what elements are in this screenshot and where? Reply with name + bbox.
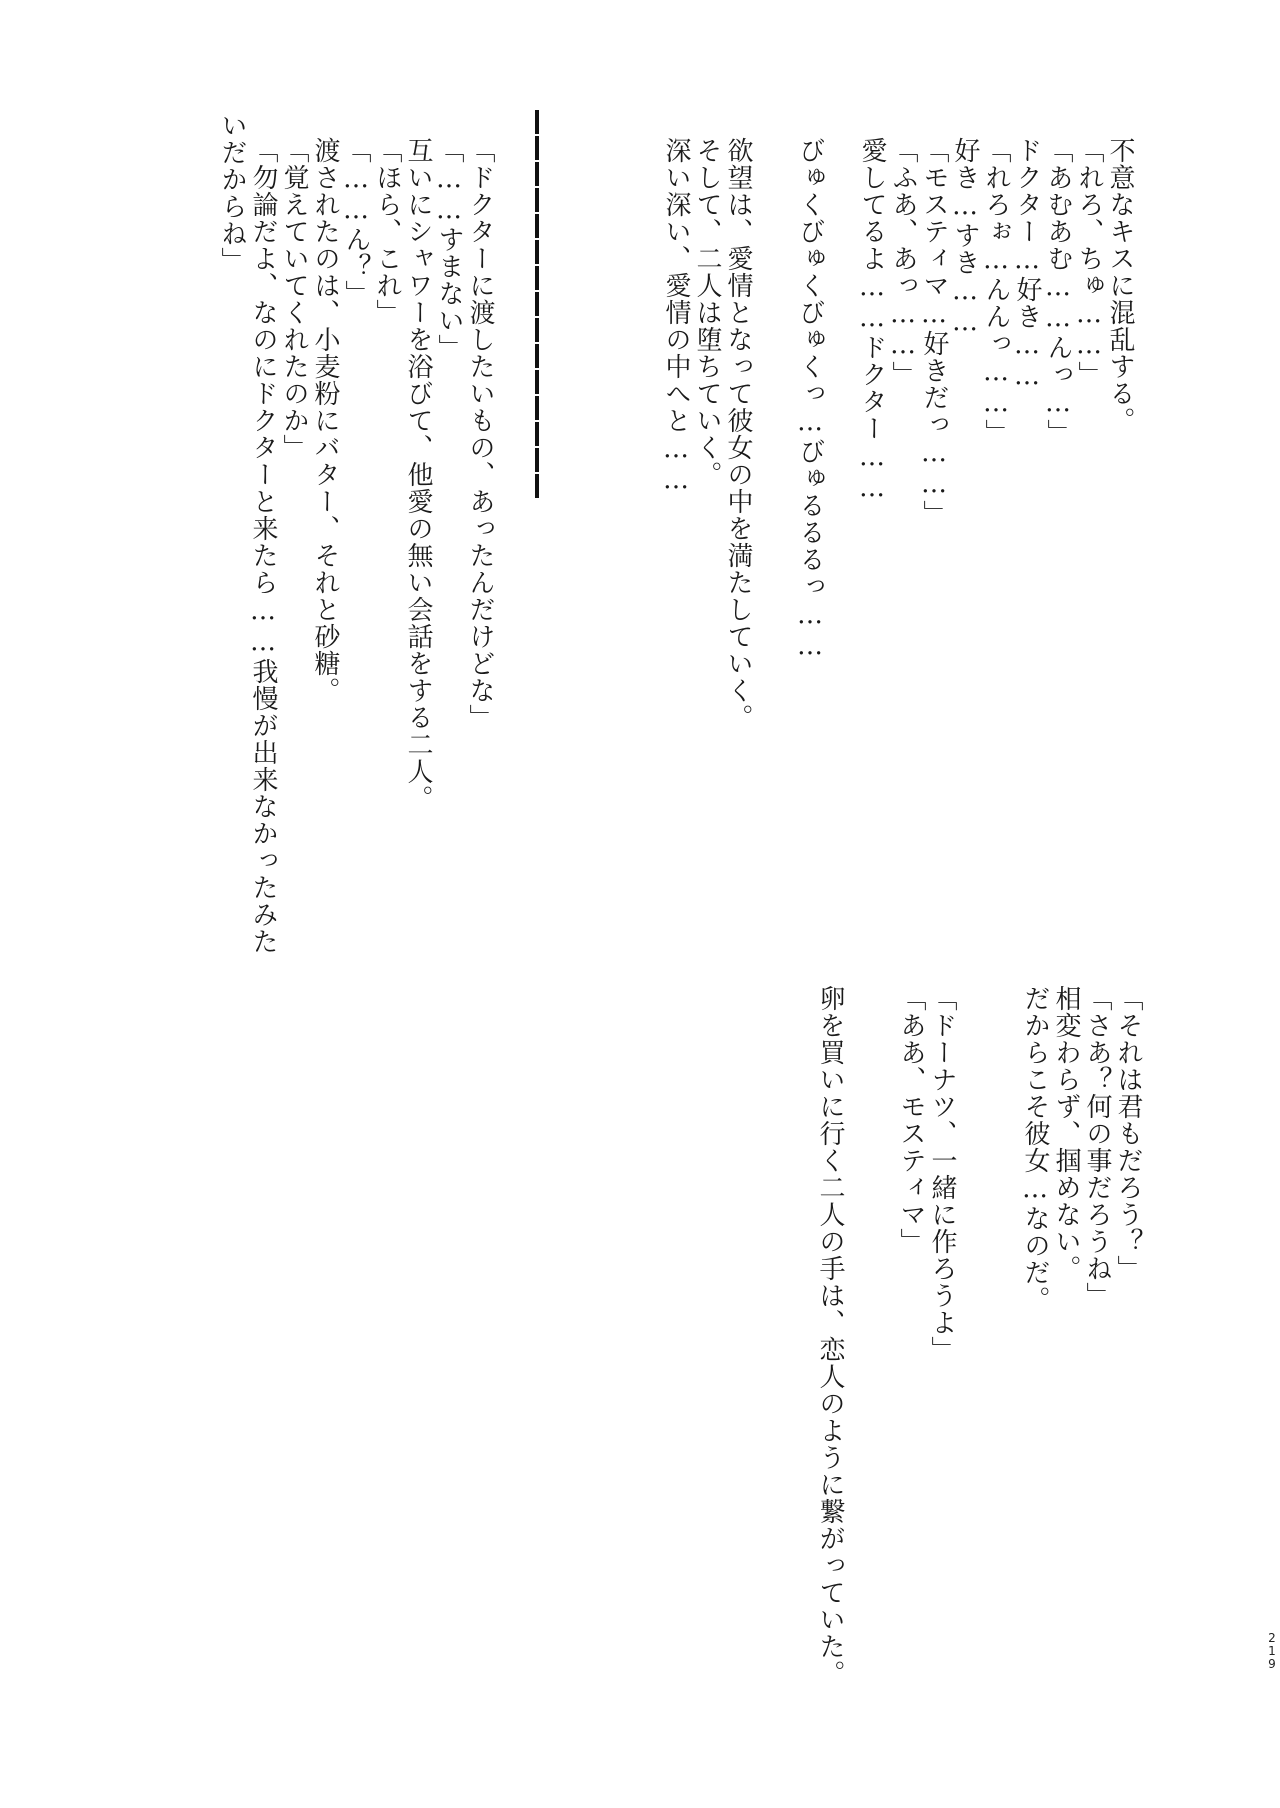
dialogue-line: 「……すまない」 xyxy=(433,137,464,361)
dialogue-line: 「……ん？」 xyxy=(340,137,371,307)
page-number: 219 xyxy=(1265,1632,1279,1671)
dialogue-line: 「さあ？何の事だろうね」 xyxy=(1081,985,1112,1309)
text-line: 愛してるよ……ドクター…… xyxy=(856,137,887,504)
text-line: 深い深い、愛情の中へと…… xyxy=(660,137,691,496)
text-line: びゅくびゅくびゅくっ…びゅるるるっ…… xyxy=(794,137,825,662)
dialogue-line: いだからね」 xyxy=(216,112,247,274)
text-line: ドクター…好き…… xyxy=(1011,137,1042,392)
dialogue-line: 「それは君もだろう？」 xyxy=(1112,985,1143,1282)
dialogue-line: 「ああ、モスティマ」 xyxy=(895,985,926,1255)
text-line: 不意なキスに混乱する。 xyxy=(1104,137,1135,434)
text-line: 卵を買いに行く二人の手は、恋人のように繋がっていた。 xyxy=(814,985,845,1687)
text-line: そして、二人は堕ちていく。 xyxy=(691,137,722,488)
dialogue-line: 「ふあ、あっ……」 xyxy=(887,137,918,388)
text-line: 相変わらず、掴めない。 xyxy=(1050,985,1081,1282)
dialogue-line: 「覚えていてくれたのか」 xyxy=(278,137,309,461)
dialogue-line: 「れろぉ…んんっ……」 xyxy=(980,137,1011,446)
dialogue-line: 「ドクターに渡したいもの、あったんだけどな」 xyxy=(464,137,495,731)
scene-divider xyxy=(535,110,539,498)
text-line: だからこそ彼女…なのだ。 xyxy=(1019,985,1050,1313)
dialogue-line: 「あむあむ……んっ…」 xyxy=(1042,137,1073,446)
text-line: 欲望は、愛情となって彼女の中を満たしていく。 xyxy=(722,137,753,731)
novel-page: 不意なキスに混乱する。 「れろ、ちゅ……」 「あむあむ……んっ…」 ドクター…好… xyxy=(0,0,1280,1808)
text-line: 好き…すき…… xyxy=(949,137,980,338)
dialogue-line: 「ほら、これ」 xyxy=(371,137,402,326)
text-line: 互いにシャワーを浴びて、他愛の無い会話をする二人。 xyxy=(402,137,433,812)
dialogue-line: 「勿論だよ、なのにドクターと来たら……我慢が出来なかったみた xyxy=(247,137,278,955)
text-line: 渡されたのは、小麦粉にバター、それと砂糖。 xyxy=(309,137,340,704)
dialogue-line: 「れろ、ちゅ……」 xyxy=(1073,137,1104,388)
dialogue-line: 「ドーナツ、一緒に作ろうよ」 xyxy=(926,985,957,1363)
dialogue-line: 「モスティマ…好きだっ……」 xyxy=(918,137,949,527)
